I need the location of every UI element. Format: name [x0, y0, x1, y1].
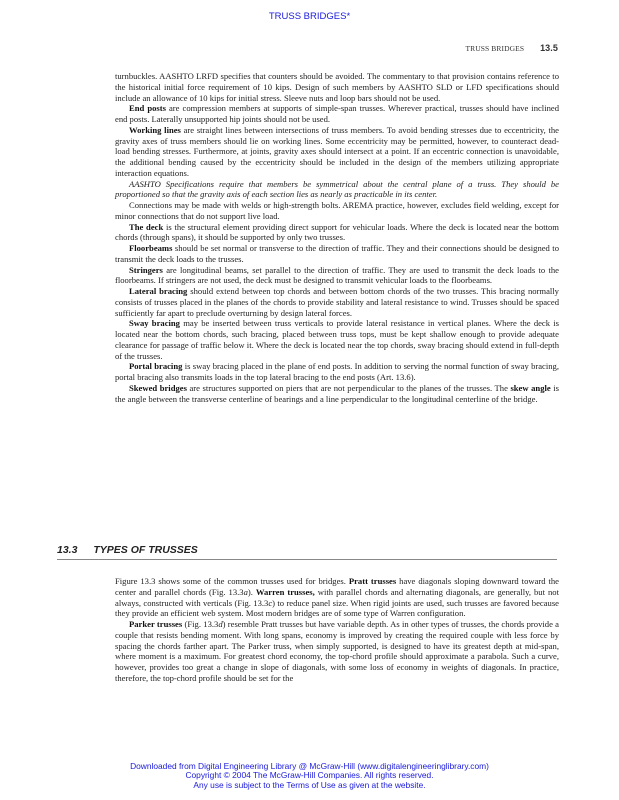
term-bold: Lateral bracing: [129, 286, 187, 296]
text-run: are structures supported on piers that a…: [187, 383, 511, 393]
text-run: ).: [248, 587, 256, 597]
term-bold: End posts: [129, 103, 166, 113]
paragraph: The deck is the structural element provi…: [115, 222, 559, 244]
section-heading: 13.3 TYPES OF TRUSSES: [57, 544, 557, 560]
text-run: (Fig. 13.3: [182, 619, 218, 629]
running-head: TRUSS BRIDGES 13.5: [465, 43, 558, 53]
text-italic: AASHTO Specifications require that membe…: [115, 179, 559, 200]
page-number: 13.5: [540, 43, 558, 53]
paragraph: turnbuckles. AASHTO LRFD specifies that …: [115, 71, 559, 103]
term-bold: Stringers: [129, 265, 163, 275]
section-number: 13.3: [57, 544, 77, 556]
text-run: are compression members at supports of s…: [115, 103, 559, 124]
term-bold: Working lines: [129, 125, 181, 135]
term-bold: The deck: [129, 222, 163, 232]
paragraph: Connections may be made with welds or hi…: [115, 200, 559, 222]
term-bold: Warren trusses,: [256, 587, 315, 597]
body-text-section: Figure 13.3 shows some of the common tru…: [115, 576, 559, 684]
paragraph: Portal bracing is sway bracing placed in…: [115, 361, 559, 383]
term-bold: Floorbeams: [129, 243, 172, 253]
text-run: Connections may be made with welds or hi…: [115, 200, 559, 221]
footer-line-terms: Any use is subject to the Terms of Use a…: [0, 781, 619, 790]
download-footer: Downloaded from Digital Engineering Libr…: [0, 762, 619, 790]
paragraph: Sway bracing may be inserted between tru…: [115, 318, 559, 361]
paragraph: Floorbeams should be set normal or trans…: [115, 243, 559, 265]
text-run: turnbuckles. AASHTO LRFD specifies that …: [115, 71, 559, 103]
term-bold: Parker trusses: [129, 619, 182, 629]
section-title: TYPES OF TRUSSES: [93, 544, 197, 556]
paragraph: Lateral bracing should extend between to…: [115, 286, 559, 318]
text-run: Figure 13.3 shows some of the common tru…: [115, 576, 349, 586]
term-bold: Sway bracing: [129, 318, 180, 328]
term-bold: Pratt trusses: [349, 576, 396, 586]
text-run: are straight lines between intersections…: [115, 125, 559, 178]
paragraph: AASHTO Specifications require that membe…: [115, 179, 559, 201]
paragraph: Stringers are longitudinal beams, set pa…: [115, 265, 559, 287]
paragraph: Figure 13.3 shows some of the common tru…: [115, 576, 559, 619]
term-bold: skew angle: [510, 383, 550, 393]
document-banner-title: TRUSS BRIDGES*: [0, 11, 619, 22]
term-bold: Portal bracing: [129, 361, 182, 371]
paragraph: End posts are compression members at sup…: [115, 103, 559, 125]
running-head-title: TRUSS BRIDGES: [465, 44, 524, 53]
paragraph: Skewed bridges are structures supported …: [115, 383, 559, 405]
text-run: is sway bracing placed in the plane of e…: [115, 361, 559, 382]
term-bold: Skewed bridges: [129, 383, 187, 393]
text-run: may be inserted between truss verticals …: [115, 318, 559, 360]
paragraph: Parker trusses (Fig. 13.3d) resemble Pra…: [115, 619, 559, 684]
text-run: is the structural element providing dire…: [115, 222, 559, 243]
paragraph: Working lines are straight lines between…: [115, 125, 559, 179]
text-run: should be set normal or transverse to th…: [115, 243, 559, 264]
text-run: are longitudinal beams, set parallel to …: [115, 265, 559, 286]
body-text-top: turnbuckles. AASHTO LRFD specifies that …: [115, 71, 559, 404]
